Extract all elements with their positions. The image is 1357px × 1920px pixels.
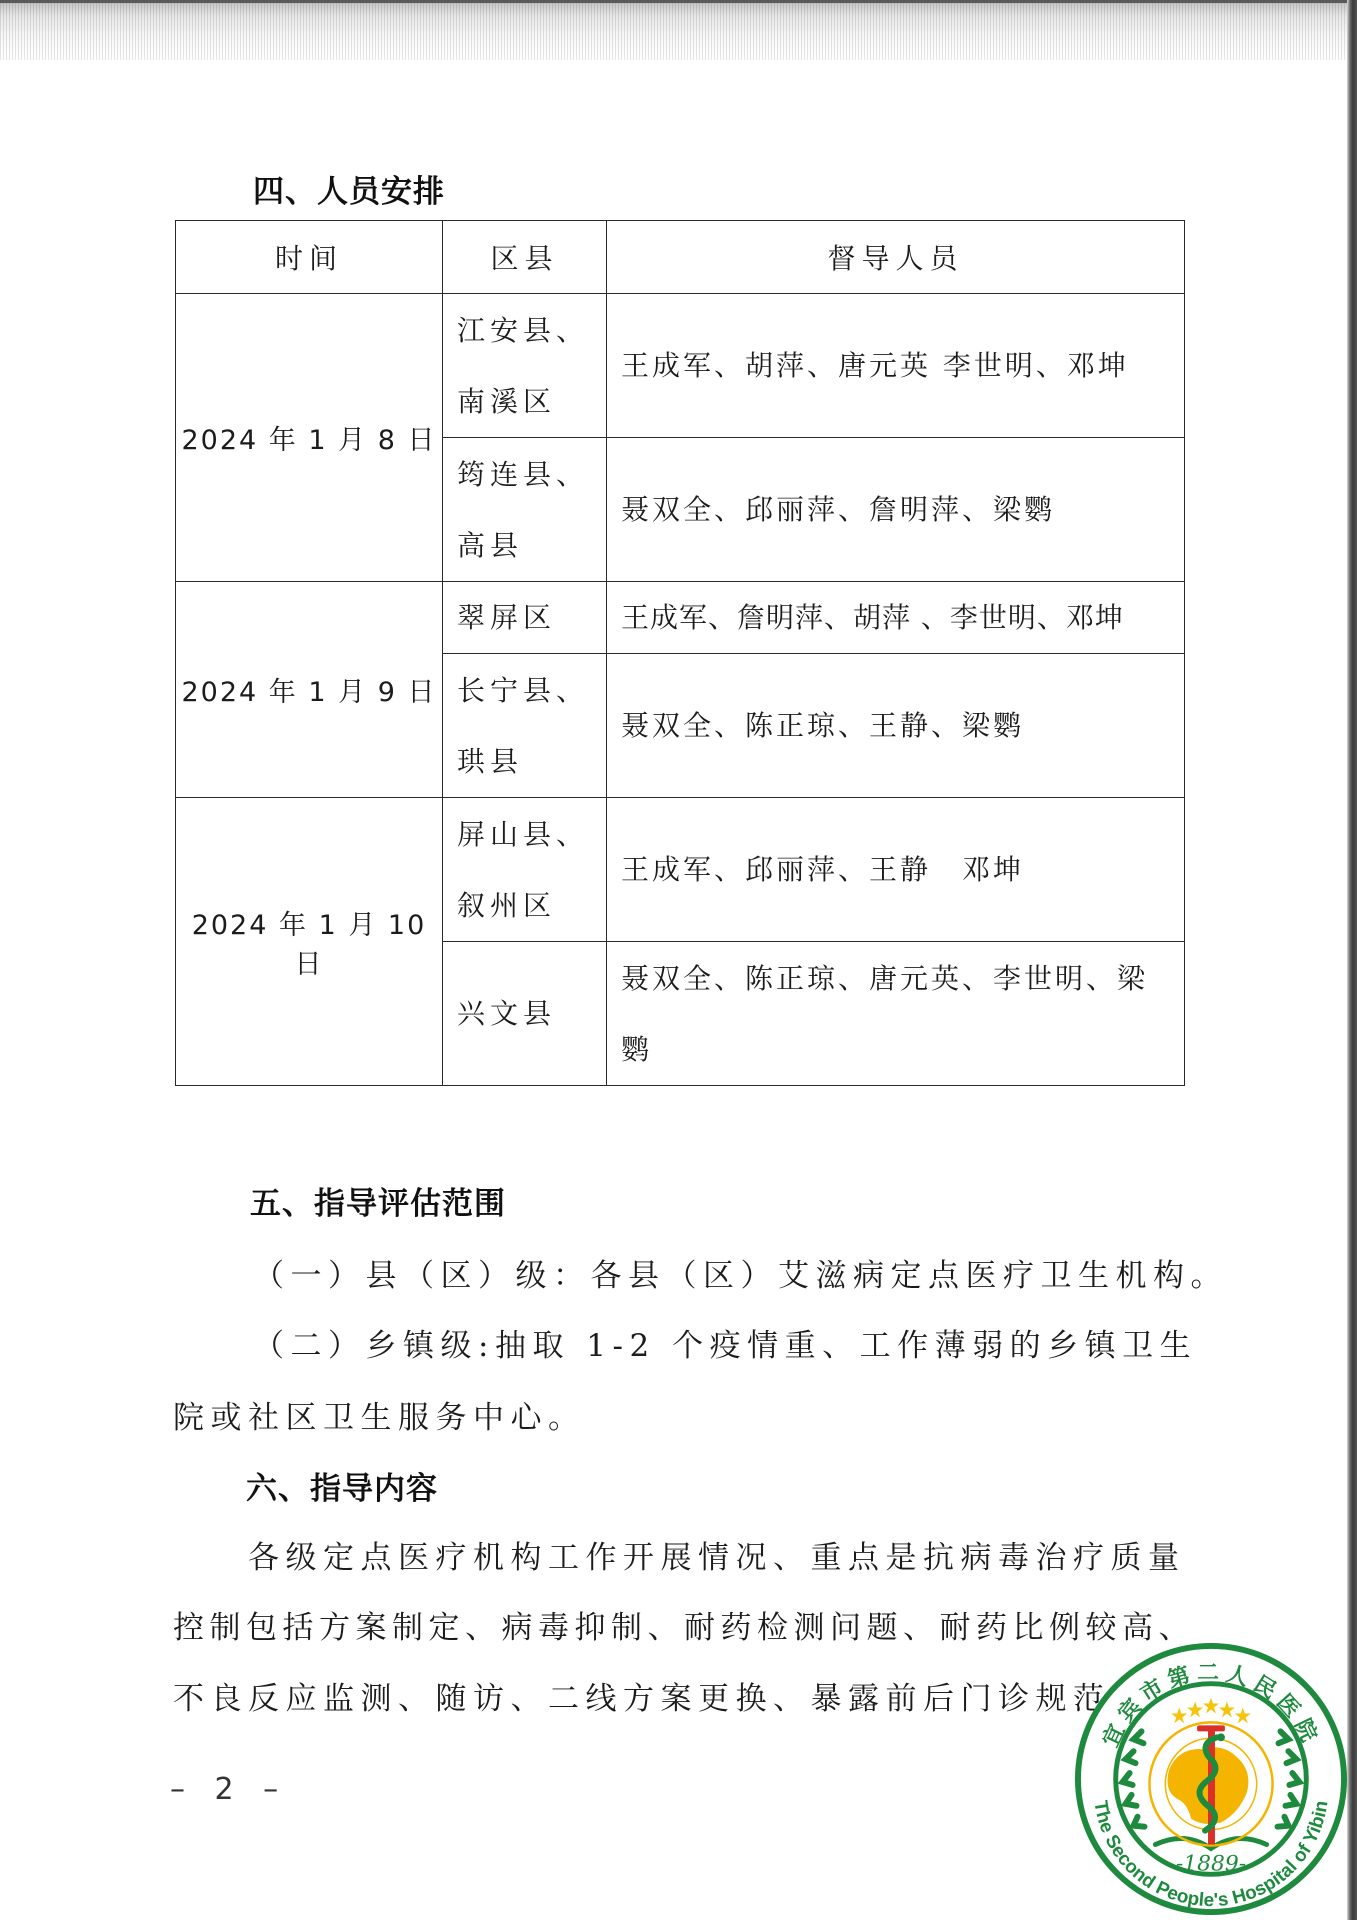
- staff-cell: 王成军、胡萍、唐元英 李世明、邓坤: [607, 294, 1185, 438]
- county-cell: 筠连县、 高县: [443, 438, 607, 582]
- county-cell: 翠屏区: [443, 582, 607, 654]
- scope-item-township-line2: 院或社区卫生服务中心。: [173, 1392, 586, 1437]
- header-county: 区县: [443, 221, 607, 294]
- scan-edge-right: [1347, 0, 1357, 1920]
- county-line: 江安县、: [457, 295, 606, 366]
- table-row: 2024 年 1 月 8 日 江安县、 南溪区 王成军、胡萍、唐元英 李世明、邓…: [176, 294, 1185, 438]
- county-cell: 江安县、 南溪区: [443, 294, 607, 438]
- staff-cell: 王成军、詹明萍、胡萍 、李世明、邓坤: [607, 582, 1185, 654]
- scan-noise-top: [0, 0, 1357, 60]
- page-number: – 2 –: [170, 1772, 288, 1807]
- county-cell: 兴文县: [443, 942, 607, 1086]
- table-row: 2024 年 1 月 10 日 屏山县、 叙州区 王成军、邱丽萍、王静 邓坤: [176, 798, 1185, 942]
- staff-line: 鹦: [621, 1014, 1178, 1085]
- section-heading-scope: 五、指导评估范围: [250, 1178, 506, 1223]
- section-heading-content: 六、指导内容: [246, 1463, 438, 1508]
- staff-cell: 聂双全、邱丽萍、詹明萍、梁鹦: [607, 438, 1185, 582]
- header-staff: 督导人员: [607, 221, 1185, 294]
- hospital-seal-icon: 宜宾市第二人民医院 The Second People's Hospital o…: [1072, 1640, 1350, 1918]
- table-row: 2024 年 1 月 9 日 翠屏区 王成军、詹明萍、胡萍 、李世明、邓坤: [176, 582, 1185, 654]
- county-line: 南溪区: [457, 366, 606, 437]
- scope-item-township-line1: （二）乡镇级:抽取 1-2 个疫情重、工作薄弱的乡镇卫生: [253, 1320, 1197, 1365]
- table-header-row: 时间 区县 督导人员: [176, 221, 1185, 294]
- staff-cell: 聂双全、陈正琼、唐元英、李世明、梁 鹦: [607, 942, 1185, 1086]
- header-time: 时间: [176, 221, 443, 294]
- county-cell: 屏山县、 叙州区: [443, 798, 607, 942]
- county-cell: 长宁县、 珙县: [443, 654, 607, 798]
- staff-cell: 王成军、邱丽萍、王静 邓坤: [607, 798, 1185, 942]
- date-cell: 2024 年 1 月 10 日: [176, 798, 443, 1086]
- staff-line: 聂双全、陈正琼、唐元英、李世明、梁: [621, 943, 1178, 1014]
- content-line-3: 不良反应监测、随访、二线方案更换、暴露前后门诊规范管理: [173, 1673, 1186, 1718]
- county-line: 翠屏区: [457, 582, 606, 653]
- scope-item-county: （一）县（区）级：各县（区）艾滋病定点医疗卫生机构。: [253, 1250, 1228, 1295]
- county-line: 兴文县: [457, 978, 606, 1049]
- content-line-1: 各级定点医疗机构工作开展情况、重点是抗病毒治疗质量: [248, 1532, 1186, 1577]
- date-cell: 2024 年 1 月 9 日: [176, 582, 443, 798]
- staff-cell: 聂双全、陈正琼、王静、梁鹦: [607, 654, 1185, 798]
- county-line: 叙州区: [457, 870, 606, 941]
- section-heading-personnel: 四、人员安排: [253, 166, 445, 211]
- county-line: 珙县: [457, 726, 606, 797]
- county-line: 筠连县、: [457, 439, 606, 510]
- date-cell: 2024 年 1 月 8 日: [176, 294, 443, 582]
- seal-year: -1889-: [1176, 1851, 1246, 1876]
- county-line: 长宁县、: [457, 655, 606, 726]
- content-line-2: 控制包括方案制定、病毒抑制、耐药检测问题、耐药比例较高、: [173, 1602, 1195, 1647]
- county-line: 屏山县、: [457, 799, 606, 870]
- county-line: 高县: [457, 510, 606, 581]
- personnel-table: 时间 区县 督导人员 2024 年 1 月 8 日 江安县、 南溪区 王成军、胡…: [175, 220, 1185, 1086]
